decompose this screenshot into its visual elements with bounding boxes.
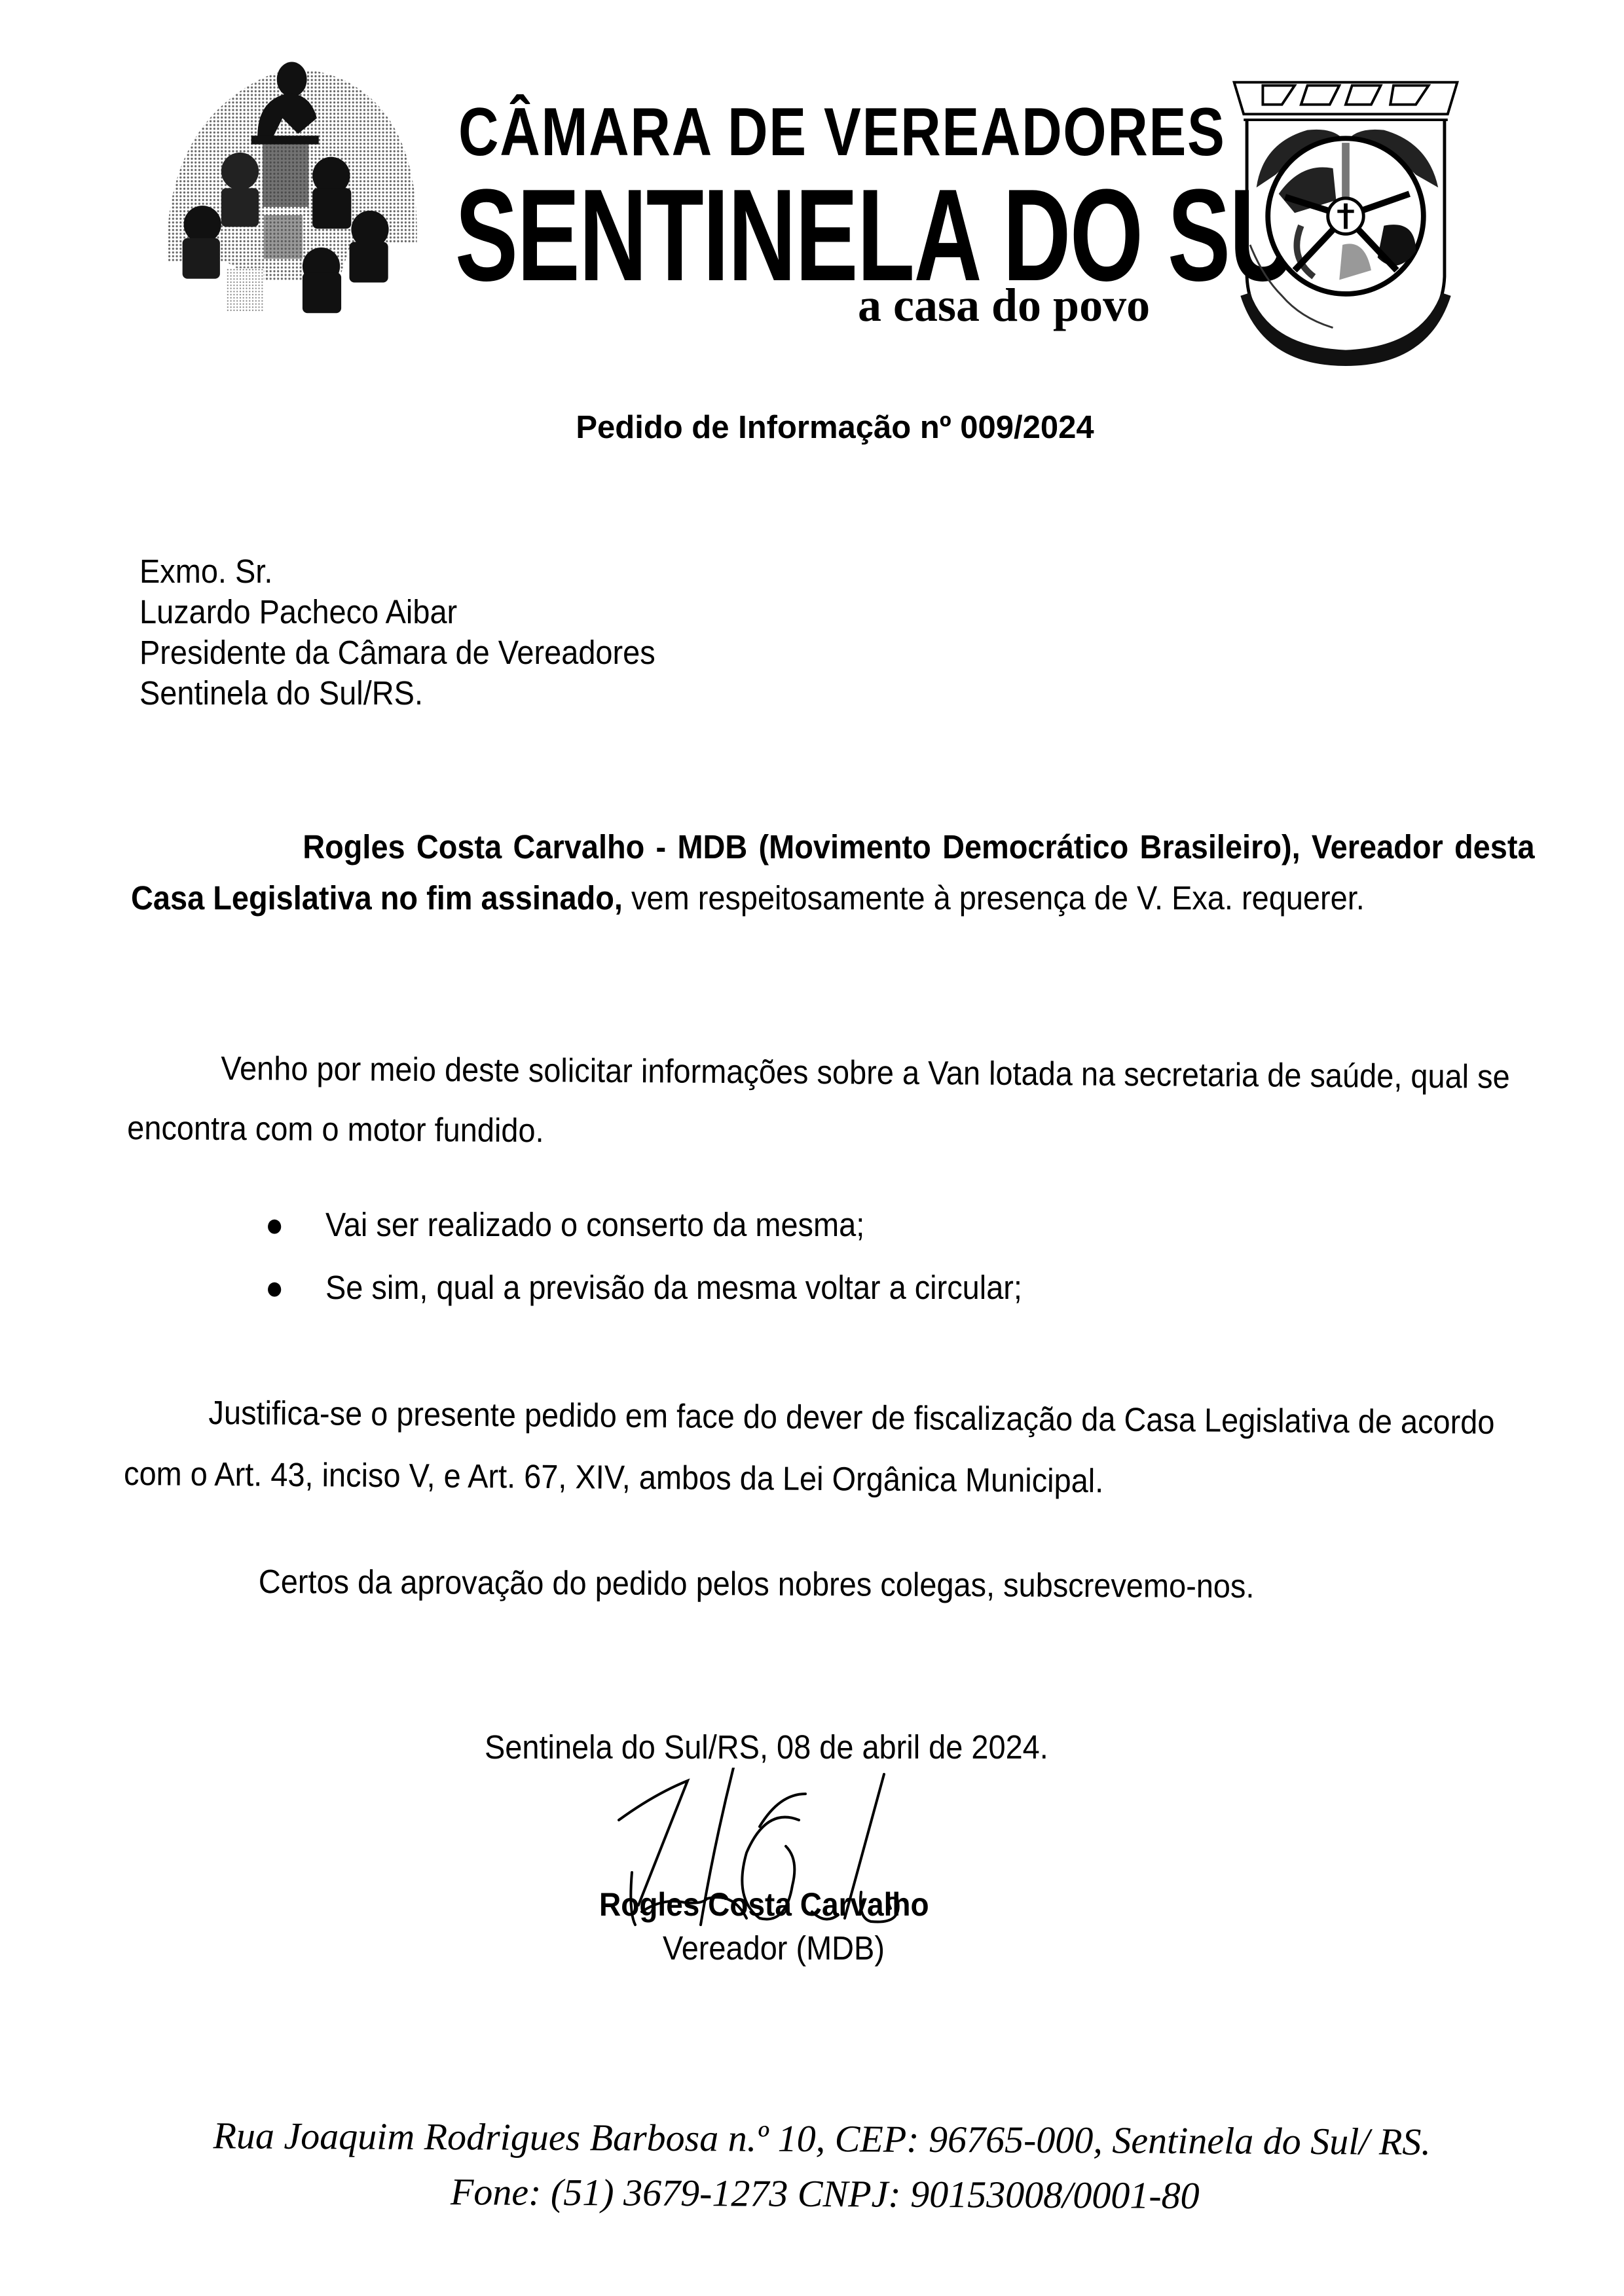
recipient-block: Exmo. Sr. Luzardo Pacheco Aibar Presiden…	[139, 551, 655, 714]
recipient-name: Luzardo Pacheco Aibar	[139, 592, 655, 632]
bullet-icon: ●	[265, 1205, 325, 1245]
request-paragraph: Venho por meio deste solicitar informaçõ…	[127, 1038, 1532, 1167]
justification-paragraph: Justifica-se o presente pedido em face d…	[124, 1381, 1528, 1515]
recipient-location: Sentinela do Sul/RS.	[139, 673, 655, 714]
question-text: Se sim, qual a previsão da mesma voltar …	[325, 1267, 1022, 1308]
bullet-icon: ●	[265, 1267, 325, 1308]
recipient-title: Presidente da Câmara de Vereadores	[139, 632, 655, 673]
footer-address: Rua Joaquim Rodrigues Barbosa n.º 10, CE…	[0, 2107, 1624, 2171]
people-assembly-icon	[164, 56, 439, 331]
justification-text: Justifica-se o presente pedido em face d…	[124, 1394, 1495, 1499]
intro-paragraph: Rogles Costa Carvalho - MDB (Movimento D…	[131, 822, 1535, 924]
request-text: Venho por meio deste solicitar informaçõ…	[127, 1049, 1510, 1149]
org-name-line-1: CÂMARA DE VEREADORES	[458, 98, 1076, 166]
place-date: Sentinela do Sul/RS, 08 de abril de 2024…	[485, 1727, 1048, 1768]
signer-name: Rogles Costa Carvalho	[599, 1886, 929, 1923]
recipient-salutation: Exmo. Sr.	[139, 551, 655, 592]
page-footer: Rua Joaquim Rodrigues Barbosa n.º 10, CE…	[0, 2107, 1624, 2226]
signer-role: Vereador (MDB)	[663, 1928, 885, 1969]
list-item: ● Vai ser realizado o conserto da mesma;	[265, 1205, 1022, 1267]
document-title: Pedido de Informação nº 009/2024	[0, 409, 1624, 446]
questions-list: ● Vai ser realizado o conserto da mesma;…	[265, 1205, 1022, 1330]
list-item: ● Se sim, qual a previsão da mesma volta…	[265, 1267, 1022, 1330]
closing-paragraph: Certos da aprovação do pedido pelos nobr…	[259, 1561, 1255, 1607]
intro-request: vem respeitosamente à presença de V. Exa…	[623, 879, 1365, 917]
question-text: Vai ser realizado o conserto da mesma;	[325, 1205, 864, 1245]
org-slogan: a casa do povo	[858, 282, 1150, 329]
document-page: CÂMARA DE VEREADORES SENTINELA DO SUL a …	[0, 0, 1624, 2296]
footer-contact: Fone: (51) 3679-1273 CNPJ: 90153008/0001…	[0, 2162, 1624, 2226]
municipal-coat-of-arms-icon	[1225, 65, 1467, 373]
